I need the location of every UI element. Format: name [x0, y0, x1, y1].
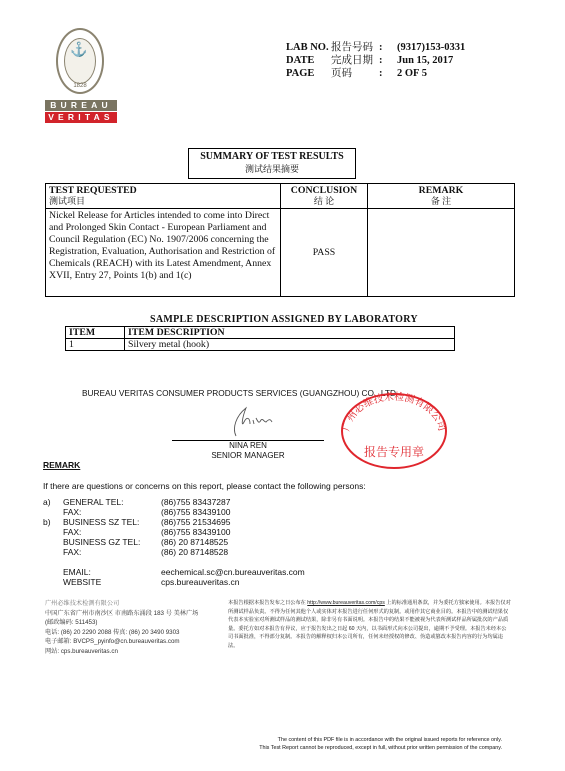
- summary-title-box: SUMMARY OF TEST RESULTS 测试结果摘要: [188, 148, 356, 179]
- seal-emblem-icon: ⚓ 1828: [56, 28, 104, 94]
- terms-link[interactable]: http://www.bureauveritas.com/cps: [307, 600, 385, 606]
- page-row: PAGE 页码 : 2 OF 5: [286, 67, 465, 80]
- contact-row: EMAIL:eechemical.sc@cn.bureauveritas.com: [43, 567, 305, 577]
- terms-block-cn: 本报告根据本报告发布之日公布在 http://www.bureauveritas…: [228, 599, 511, 651]
- fax-number: (86) 20 87148528: [161, 547, 228, 557]
- seal-year: 1828: [58, 83, 102, 89]
- page-label-cn: 页码: [331, 67, 379, 80]
- date-label: DATE: [286, 54, 331, 67]
- contact-list: a)GENERAL TEL:(86)755 83437287 FAX:(86)7…: [43, 497, 305, 587]
- fax-number: (86)755 83439100: [161, 507, 230, 517]
- signatory-title: SENIOR MANAGER: [172, 451, 324, 461]
- lab-no-row: LAB NO. 报告号码 : (9317)153-0331: [286, 41, 465, 54]
- remark-cell: [368, 209, 515, 297]
- date-row: DATE 完成日期 : Jun 15, 2017: [286, 54, 465, 67]
- header-remark: REMARK备 注: [368, 184, 515, 209]
- phone-number: (86)755 21534695: [161, 517, 230, 527]
- remark-title: REMARK: [43, 460, 80, 470]
- contact-row: WEBSITEcps.bureauveritas.cn: [43, 577, 305, 587]
- address-email: 电子邮箱: BVCPS_pyinfo@cn.bureauveritas.com: [45, 637, 225, 647]
- lab-info-block: LAB NO. 报告号码 : (9317)153-0331 DATE 完成日期 …: [286, 41, 465, 80]
- website-link[interactable]: cps.bureauveritas.cn: [161, 577, 239, 587]
- header-item: ITEM: [66, 327, 125, 339]
- remark-intro: If there are questions or concerns on th…: [43, 481, 366, 491]
- signatory: NINA REN SENIOR MANAGER: [172, 441, 324, 461]
- summary-title-cn: 测试结果摘要: [189, 163, 355, 176]
- table-header-row: ITEM ITEM DESCRIPTION: [66, 327, 455, 339]
- contact-row: FAX:(86)755 83439100: [43, 507, 305, 517]
- page-value: 2 OF 5: [397, 67, 427, 80]
- fax-number: (86)755 83439100: [161, 527, 230, 537]
- logo-veritas-text: VERITAS: [45, 112, 117, 123]
- address-web: 网站: cps.bureauveritas.cn: [45, 647, 225, 657]
- disclaimer-line-1: The content of this PDF file is in accor…: [236, 736, 502, 744]
- stamp-top-text: 广州必维技术检测有限公司: [339, 390, 448, 432]
- test-requested-cell: Nickel Release for Articles intended to …: [46, 209, 281, 297]
- header-item-description: ITEM DESCRIPTION: [125, 327, 455, 339]
- logo-bureau-text: BUREAU: [45, 100, 117, 111]
- sample-section-title: SAMPLE DESCRIPTION ASSIGNED BY LABORATOR…: [150, 314, 418, 325]
- address-street: 中国广东省广州市南沙区 市南路东涌段 183 号 美林广场: [45, 609, 225, 619]
- contact-row: BUSINESS GZ TEL:(86) 20 87148525: [43, 537, 305, 547]
- lab-no-value: (9317)153-0331: [397, 41, 465, 54]
- table-row: 1 Silvery metal (hook): [66, 339, 455, 351]
- signature-image: [222, 400, 282, 440]
- sample-description-table: ITEM ITEM DESCRIPTION 1 Silvery metal (h…: [65, 326, 455, 351]
- test-results-table: TEST REQUESTED测试项目 CONCLUSION结 论 REMARK备…: [45, 183, 515, 297]
- bureau-veritas-logo: ⚓ 1828 BUREAU VERITAS: [42, 28, 120, 124]
- stamp-bottom-text: 报告专用章: [364, 444, 424, 459]
- header-test-requested: TEST REQUESTED测试项目: [46, 184, 281, 209]
- phone-number: (86) 20 87148525: [161, 537, 228, 547]
- address-block-cn: 广州必维技术检测有限公司 中国广东省广州市南沙区 市南路东涌段 183 号 美林…: [45, 599, 225, 656]
- disclaimer-line-2: This Test Report cannot be reproduced, e…: [236, 744, 502, 752]
- date-label-cn: 完成日期: [331, 54, 379, 67]
- lab-no-label: LAB NO.: [286, 41, 331, 54]
- contact-row: a)GENERAL TEL:(86)755 83437287: [43, 497, 305, 507]
- address-phone: 电话: (86) 20 2290 2088 传真: (86) 20 3490 9…: [45, 628, 225, 638]
- summary-title: SUMMARY OF TEST RESULTS: [189, 150, 355, 163]
- svg-text:广州必维技术检测有限公司: 广州必维技术检测有限公司: [339, 390, 448, 432]
- signatory-name: NINA REN: [172, 441, 324, 451]
- table-row: Nickel Release for Articles intended to …: [46, 209, 515, 297]
- contact-row: FAX:(86) 20 87148528: [43, 547, 305, 557]
- conclusion-cell: PASS: [281, 209, 368, 297]
- lab-no-label-cn: 报告号码: [331, 41, 379, 54]
- pdf-disclaimer: The content of this PDF file is in accor…: [236, 736, 502, 752]
- item-description: Silvery metal (hook): [125, 339, 455, 351]
- address-company: 广州必维技术检测有限公司: [45, 599, 225, 609]
- phone-number: (86)755 83437287: [161, 497, 230, 507]
- header-conclusion: CONCLUSION结 论: [281, 184, 368, 209]
- contact-row: FAX:(86)755 83439100: [43, 527, 305, 537]
- address-postcode: (邮政编码: 511453): [45, 618, 225, 628]
- contact-row: b)BUSINESS SZ TEL:(86)755 21534695: [43, 517, 305, 527]
- table-header-row: TEST REQUESTED测试项目 CONCLUSION结 论 REMARK备…: [46, 184, 515, 209]
- date-value: Jun 15, 2017: [397, 54, 453, 67]
- email-link[interactable]: eechemical.sc@cn.bureauveritas.com: [161, 567, 305, 577]
- company-stamp-icon: 广州必维技术检测有限公司 报告专用章: [339, 390, 449, 470]
- page-label: PAGE: [286, 67, 331, 80]
- item-number: 1: [66, 339, 125, 351]
